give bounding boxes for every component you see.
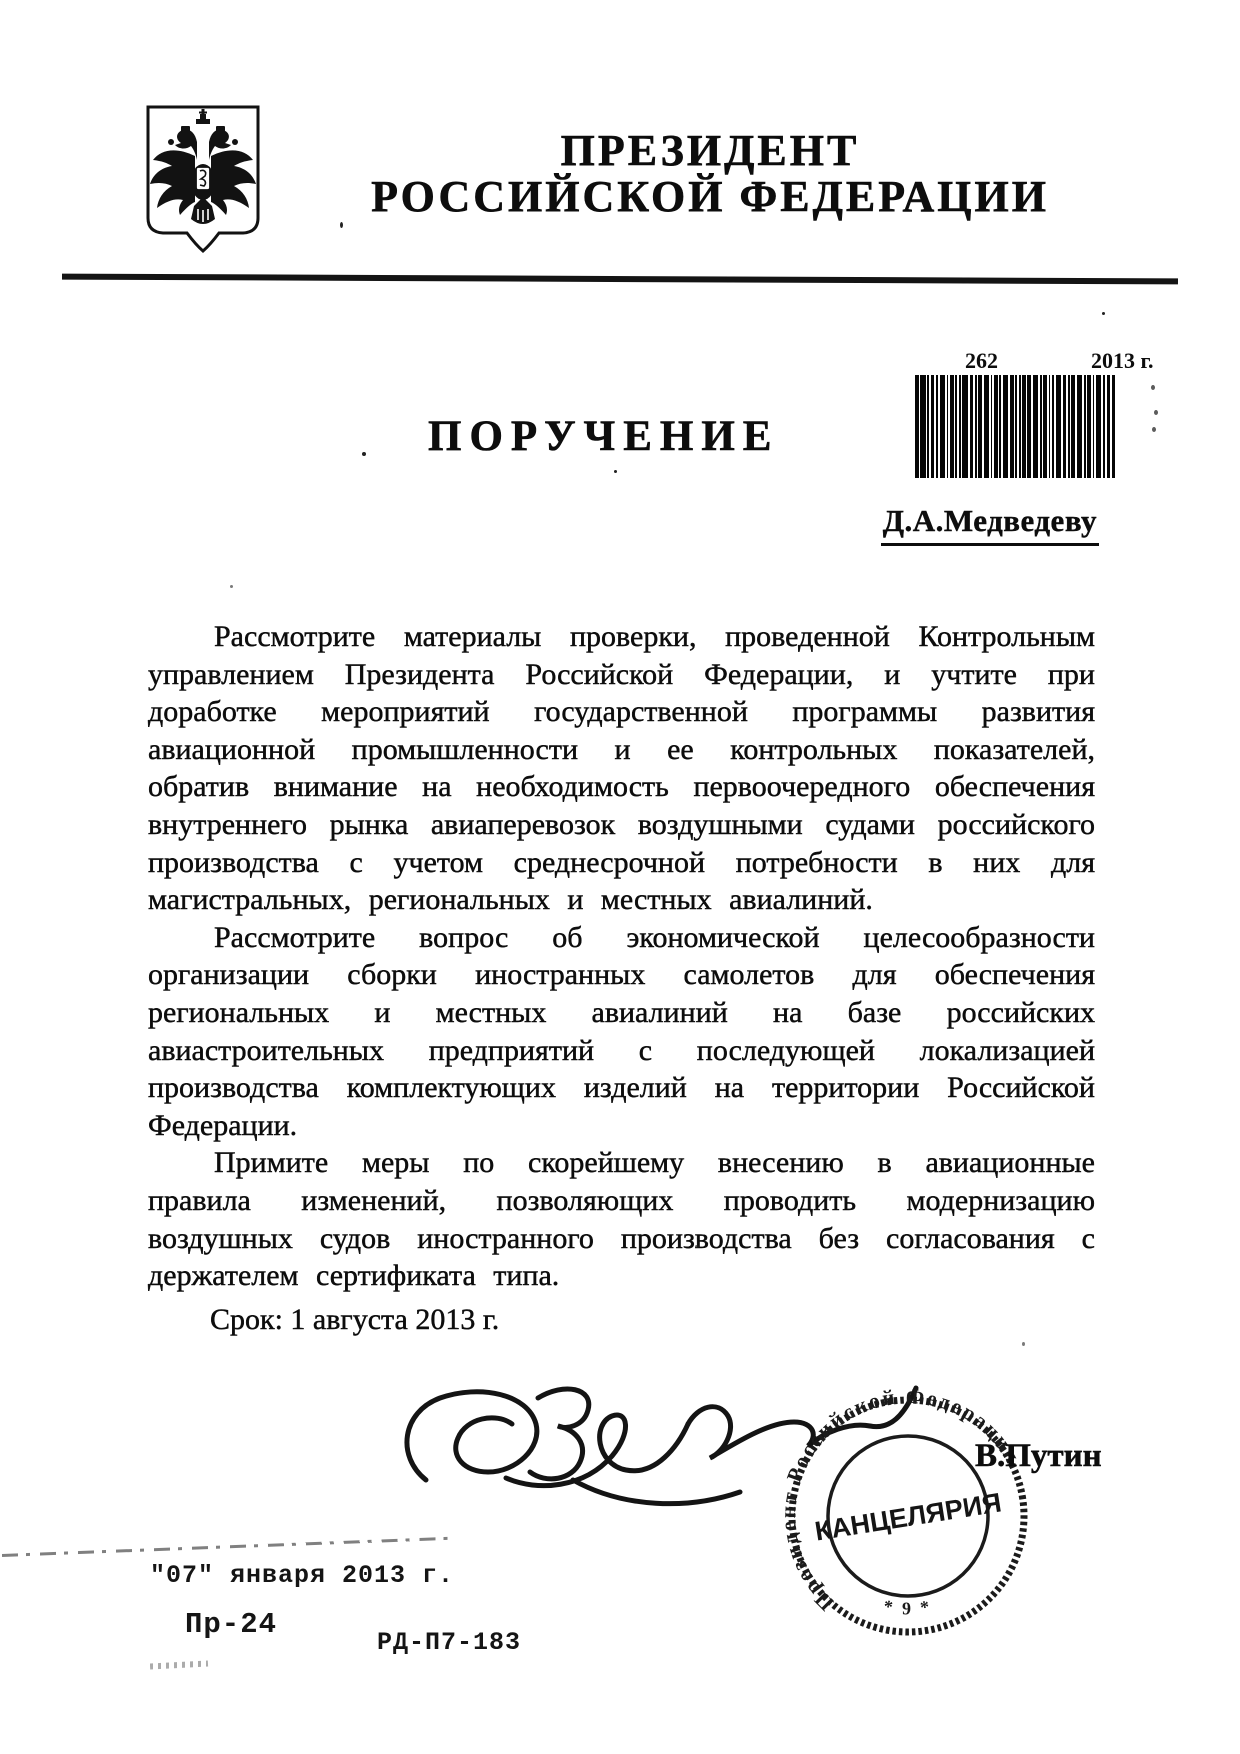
header-rule xyxy=(62,274,1178,285)
footer-date: "07" января 2013 г. xyxy=(150,1561,454,1590)
deadline-line: Срок: 1 августа 2013 г. xyxy=(148,1301,1095,1339)
footer-doc-number: Пр-24 xyxy=(185,1608,277,1641)
scan-speck xyxy=(1154,410,1158,415)
russia-coat-of-arms-icon xyxy=(138,102,268,254)
stamp-bottom-text: * 9 * xyxy=(882,1596,934,1619)
stamp-center-text: КАНЦЕЛЯРИЯ xyxy=(813,1487,1004,1546)
letterhead-line2: РОССИЙСКОЙ ФЕДЕРАЦИИ xyxy=(340,174,1080,220)
registration-barcode: 262 2013 г. xyxy=(915,348,1133,480)
scan-speck xyxy=(150,1660,208,1669)
scan-speck xyxy=(1151,385,1155,390)
paragraph-1: Рассмотрите материалы проверки, проведен… xyxy=(148,618,1095,919)
fold-dash-line xyxy=(2,1537,454,1557)
scan-speck xyxy=(1102,312,1105,315)
scan-speck xyxy=(695,1245,699,1248)
letterhead-line1: ПРЕЗИДЕНТ xyxy=(340,128,1080,174)
svg-text:* 9 *: * 9 * xyxy=(882,1596,934,1619)
paragraph-2: Рассмотрите вопрос об экономической целе… xyxy=(148,919,1095,1145)
document-body: Рассмотрите материалы проверки, проведен… xyxy=(148,618,1095,1338)
scan-speck xyxy=(230,585,233,588)
scanned-document-page: ПРЕЗИДЕНТ РОССИЙСКОЙ ФЕДЕРАЦИИ ПОРУЧЕНИЕ… xyxy=(0,0,1240,1754)
footer-reg-number: РД-П7-183 xyxy=(377,1628,521,1657)
scan-speck xyxy=(340,222,343,228)
barcode-number: 262 xyxy=(965,348,998,374)
barcode-year: 2013 г. xyxy=(1091,348,1181,374)
scan-speck xyxy=(1022,1342,1025,1346)
document-title: ПОРУЧЕНИЕ xyxy=(428,412,779,461)
paragraph-3: Примите меры по скорейшему внесению в ав… xyxy=(148,1144,1095,1294)
scan-speck xyxy=(614,470,617,473)
scan-speck xyxy=(1152,427,1156,432)
addressee: Д.А.Медведеву xyxy=(881,503,1099,546)
chancellery-stamp: Президент Российской Федерации * 9 * КАН… xyxy=(780,1388,1036,1644)
signer-name: В.Путин xyxy=(975,1438,1102,1475)
letterhead: ПРЕЗИДЕНТ РОССИЙСКОЙ ФЕДЕРАЦИИ xyxy=(340,128,1080,220)
scan-speck xyxy=(362,452,366,456)
scan-speck xyxy=(186,1050,189,1053)
barcode-bars xyxy=(915,375,1117,478)
